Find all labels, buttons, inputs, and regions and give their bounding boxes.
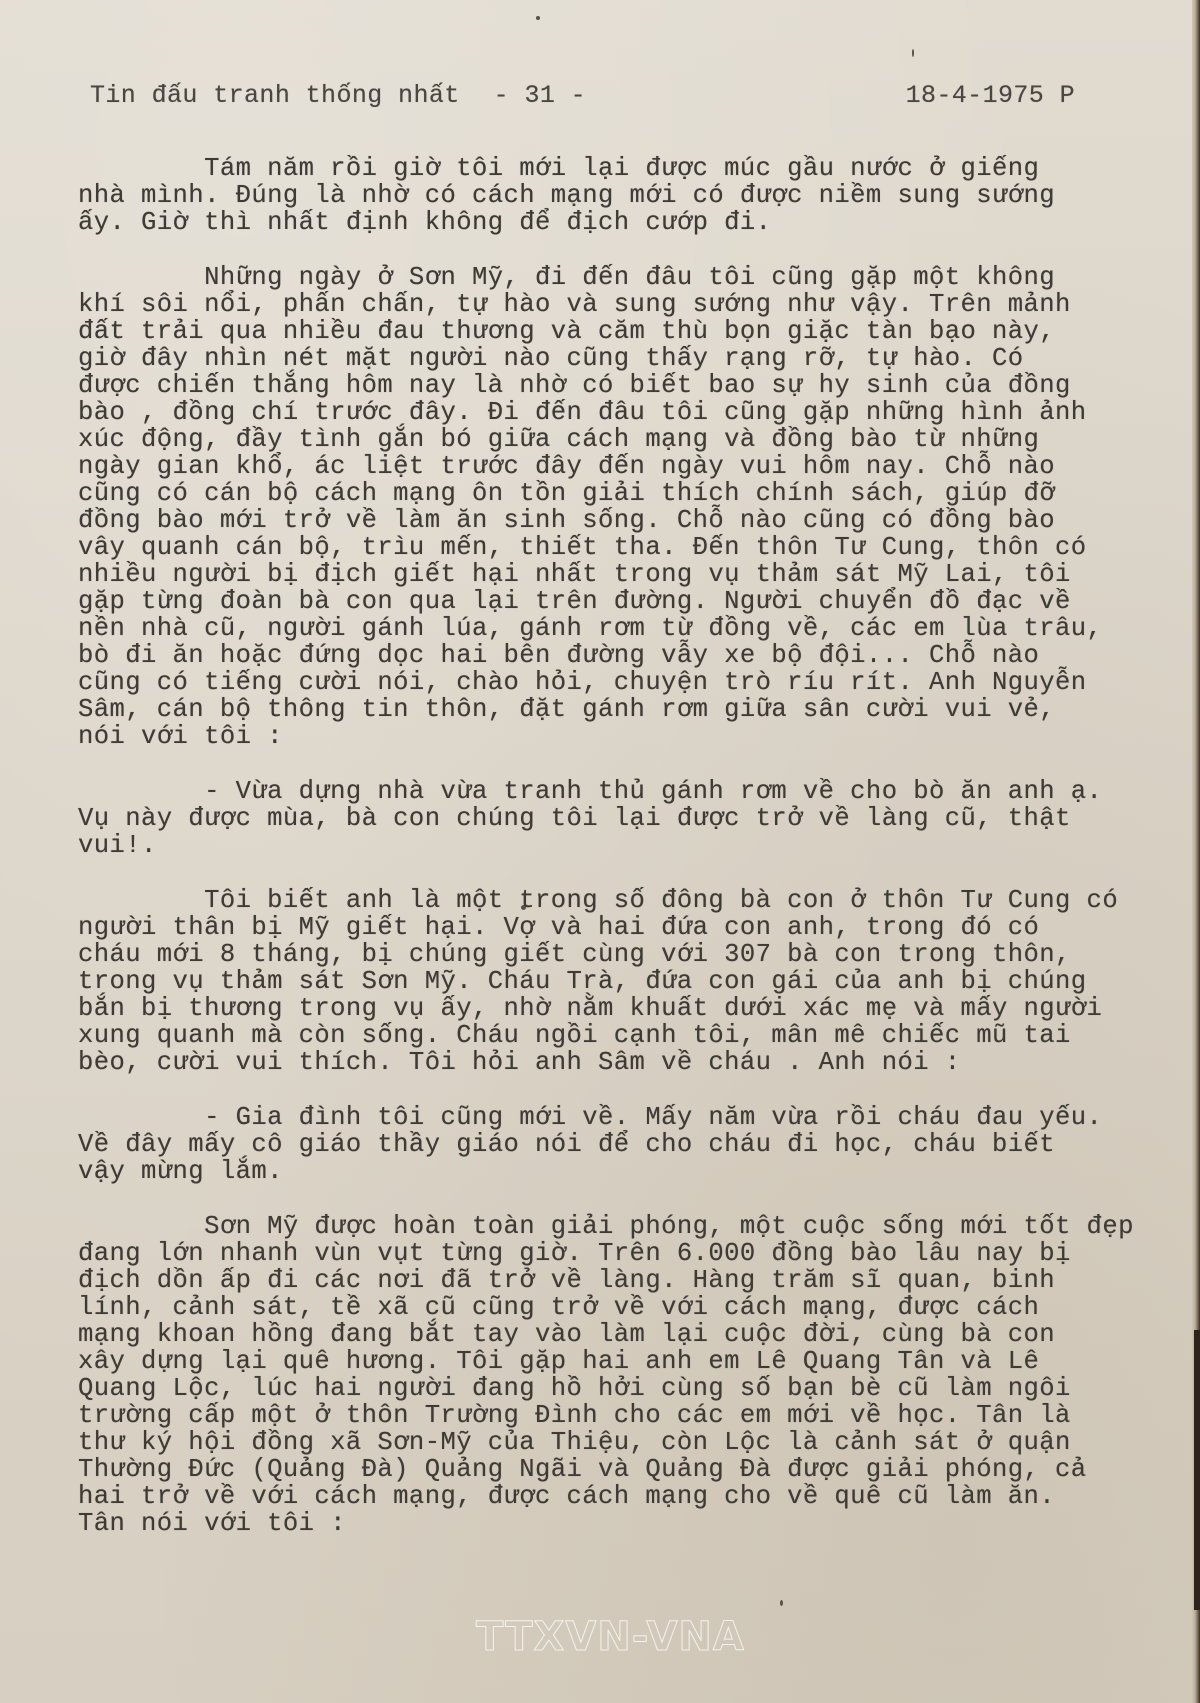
text-line: cũng có tiếng cười nói, chào hỏi, chuyện… (78, 669, 1178, 696)
text-line: bào , đồng chí trước đây. Đi đến đâu tôi… (78, 399, 1178, 426)
text-line: Vụ này được mùa, bà con chúng tôi lại đư… (78, 805, 1178, 832)
text-line: khí sôi nổi, phấn chấn, tự hào và sung s… (78, 291, 1178, 318)
text-line: người thân bị Mỹ giết hại. Vợ và hai đứa… (78, 914, 1178, 941)
text-line: vậy mừng lắm. (78, 1158, 1178, 1185)
text-line: ngày gian khổ, ác liệt trước đây đến ngà… (78, 453, 1178, 480)
paper-speck (780, 1600, 783, 1606)
text-line: cháu mới 8 tháng, bị chúng giết cùng với… (78, 941, 1178, 968)
text-line: nhà mình. Đúng là nhờ có cách mạng mới c… (78, 182, 1178, 209)
paper-speck (536, 16, 540, 20)
text-line: bắn bị thương trong vụ ấy, nhờ nằm khuất… (78, 995, 1178, 1022)
text-line: đồng bào mới trở về làm ăn sinh sống. Ch… (78, 507, 1178, 534)
text-line: Thường Đức (Quảng Đà) Quảng Ngãi và Quản… (78, 1456, 1178, 1483)
text-line: bèo, cười vui thích. Tôi hỏi anh Sâm về … (78, 1049, 1178, 1076)
text-line: vui!. (78, 832, 1178, 859)
text-line: ấy. Giờ thì nhất định không để địch cướp… (78, 209, 1178, 236)
text-line: Tám năm rồi giờ tôi mới lại được múc gầu… (78, 155, 1178, 182)
paragraph: - Gia đình tôi cũng mới về. Mấy năm vừa … (78, 1104, 1178, 1185)
header-left: Tin đấu tranh thống nhất - 31 - (90, 82, 586, 109)
text-line: địch dồn ấp đi các nơi đã trở về làng. H… (78, 1267, 1178, 1294)
text-line: mạng khoan hồng đang bắt tay vào làm lại… (78, 1321, 1178, 1348)
text-line: trường cấp một ở thôn Trường Đình cho cá… (78, 1402, 1178, 1429)
typewritten-text: Tin đấu tranh thống nhất - 31 - 18-4-197… (78, 82, 1178, 1565)
text-line: giờ đây nhìn nét mặt người nào cũng thấy… (78, 345, 1178, 372)
text-line: - Vừa dựng nhà vừa tranh thủ gánh rơm về… (78, 778, 1178, 805)
paper-speck (521, 905, 526, 910)
document-body: Tám năm rồi giờ tôi mới lại được múc gầu… (78, 155, 1178, 1537)
paragraph: Tám năm rồi giờ tôi mới lại được múc gầu… (78, 155, 1178, 236)
text-line: trong vụ thảm sát Sơn Mỹ. Cháu Trà, đứa … (78, 968, 1178, 995)
text-line: Sơn Mỹ được hoàn toàn giải phóng, một cu… (78, 1213, 1178, 1240)
paragraph: Sơn Mỹ được hoàn toàn giải phóng, một cu… (78, 1213, 1178, 1537)
agency-watermark: TTXVN-VNA (476, 1614, 745, 1660)
text-line: Những ngày ở Sơn Mỹ, đi đến đâu tôi cũng… (78, 264, 1178, 291)
bulletin-date: 18-4-1975 P (906, 82, 1075, 109)
paragraph: Tôi biết anh là một trong số đông bà con… (78, 887, 1178, 1076)
text-line: thư ký hội đồng xã Sơn-Mỹ của Thiệu, còn… (78, 1429, 1178, 1456)
bulletin-title: Tin đấu tranh thống nhất (90, 82, 460, 109)
text-line: nói với tôi : (78, 723, 1178, 750)
text-line: xây dựng lại quê hương. Tôi gặp hai anh … (78, 1348, 1178, 1375)
text-line: được chiến thắng hôm nay là nhờ có biết … (78, 372, 1178, 399)
text-line: vây quanh cán bộ, trìu mến, thiết tha. Đ… (78, 534, 1178, 561)
paragraph: - Vừa dựng nhà vừa tranh thủ gánh rơm về… (78, 778, 1178, 859)
text-line: hai trở về với cách mạng, được cách mạng… (78, 1483, 1178, 1510)
text-line: Về đây mấy cô giáo thầy giáo nói để cho … (78, 1131, 1178, 1158)
text-line: Tân nói với tôi : (78, 1510, 1178, 1537)
text-line: xúc động, đầy tình gắn bó giữa cách mạng… (78, 426, 1178, 453)
document-header: Tin đấu tranh thống nhất - 31 - 18-4-197… (90, 82, 1075, 109)
text-line: nhiều người bị địch giết hại nhất trong … (78, 561, 1178, 588)
page-edge-dark-strip (1194, 1330, 1200, 1610)
text-line: cũng có cán bộ cách mạng ôn tồn giải thí… (78, 480, 1178, 507)
text-line: Sâm, cán bộ thông tin thôn, đặt gánh rơm… (78, 696, 1178, 723)
paper-speck (912, 49, 914, 57)
text-line: Tôi biết anh là một trong số đông bà con… (78, 887, 1178, 914)
text-line: lính, cảnh sát, tề xã cũ cũng trở về với… (78, 1294, 1178, 1321)
text-line: đất trải qua nhiều đau thương và căm thù… (78, 318, 1178, 345)
paragraph: Những ngày ở Sơn Mỹ, đi đến đâu tôi cũng… (78, 264, 1178, 750)
text-line: đang lớn nhanh vùn vụt từng giờ. Trên 6.… (78, 1240, 1178, 1267)
text-line: Quang Lộc, lúc hai người đang hồ hởi cùn… (78, 1375, 1178, 1402)
text-line: nền nhà cũ, người gánh lúa, gánh rơm từ … (78, 615, 1178, 642)
text-line: gặp từng đoàn bà con qua lại trên đường.… (78, 588, 1178, 615)
text-line: bò đi ăn hoặc đứng dọc hai bên đường vẫy… (78, 642, 1178, 669)
page-number: - 31 - (494, 82, 586, 109)
text-line: - Gia đình tôi cũng mới về. Mấy năm vừa … (78, 1104, 1178, 1131)
text-line: xung quanh mà còn sống. Cháu ngồi cạnh t… (78, 1022, 1178, 1049)
